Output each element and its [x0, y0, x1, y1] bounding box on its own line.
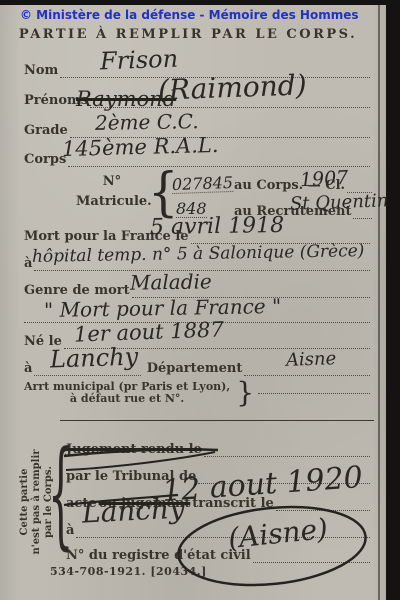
field-corps-value: 145ème R.A.L.: [62, 135, 219, 160]
scan-top-edge: [0, 0, 400, 5]
side-note-line2: n'est pas à remplir: [31, 437, 43, 567]
dotted-line: [204, 434, 370, 457]
paper-edge-line: [378, 0, 380, 600]
field-nom-label: Nom: [24, 64, 60, 78]
form-title: PARTIE À REMPLIR PAR LE CORPS.: [0, 27, 376, 42]
dotted-line: [258, 393, 370, 394]
imprint-number: 534-708-1921. [20434.]: [50, 565, 207, 578]
matricule-au-corps-value: 027845: [172, 175, 234, 194]
field-arrondissement-label: Arrt municipal (pr Paris et Lyon), à déf…: [24, 381, 232, 405]
field-ne-le-value: 1er aout 1887: [74, 319, 224, 345]
scan-right-edge: [386, 0, 400, 600]
field-genre-de-mort-value: Maladie: [130, 271, 212, 292]
field-jugement: Jugement rendu le: [66, 435, 370, 457]
arrondissement-label-line2: à défaut rue et N°.: [24, 393, 232, 405]
field-departement-value: Aisne: [286, 350, 337, 370]
watermark-copyright: © Ministère de la défense - Mémoire des …: [20, 8, 358, 22]
field-matricule-label: N° Matricule.: [76, 172, 148, 211]
dotted-line: [347, 170, 372, 193]
field-ne-a-value: Lanchy: [50, 344, 139, 371]
field-grade-value: 2ème C.C.: [95, 111, 199, 133]
field-registre-label: N° du registre d'état civil: [66, 549, 253, 563]
field-prenoms-value: (Raimond): [158, 71, 307, 104]
field-jugement-label: Jugement rendu le: [66, 443, 204, 457]
matricule-label-no: N°: [76, 172, 148, 192]
arrondissement-brace: }: [232, 379, 258, 407]
document-scan: © Ministère de la défense - Mémoire des …: [0, 0, 400, 600]
field-ne-a-label: à: [24, 362, 34, 376]
section-divider: [60, 420, 374, 421]
field-transcrit-a-value: Lanchy: [81, 494, 185, 527]
form-paper: © Ministère de la défense - Mémoire des …: [0, 0, 400, 600]
field-nom-value: Frison: [100, 47, 179, 74]
side-note-line1: Cette partie: [19, 437, 31, 567]
field-mort-le-value: 5 avril 1918: [150, 215, 284, 239]
side-note-brace: {: [48, 438, 73, 554]
field-arrondissement: Arrt municipal (pr Paris et Lyon), à déf…: [24, 380, 370, 406]
field-grade-label: Grade: [24, 124, 70, 138]
matricule-lieu-value: St Quentin: [290, 192, 389, 213]
matricule-label-word: Matricule.: [76, 192, 148, 212]
field-mention-value: " Mort pour la France ": [44, 296, 282, 320]
field-departement-label: Département: [141, 362, 245, 376]
matricule-classe-value: 1907: [300, 169, 349, 191]
